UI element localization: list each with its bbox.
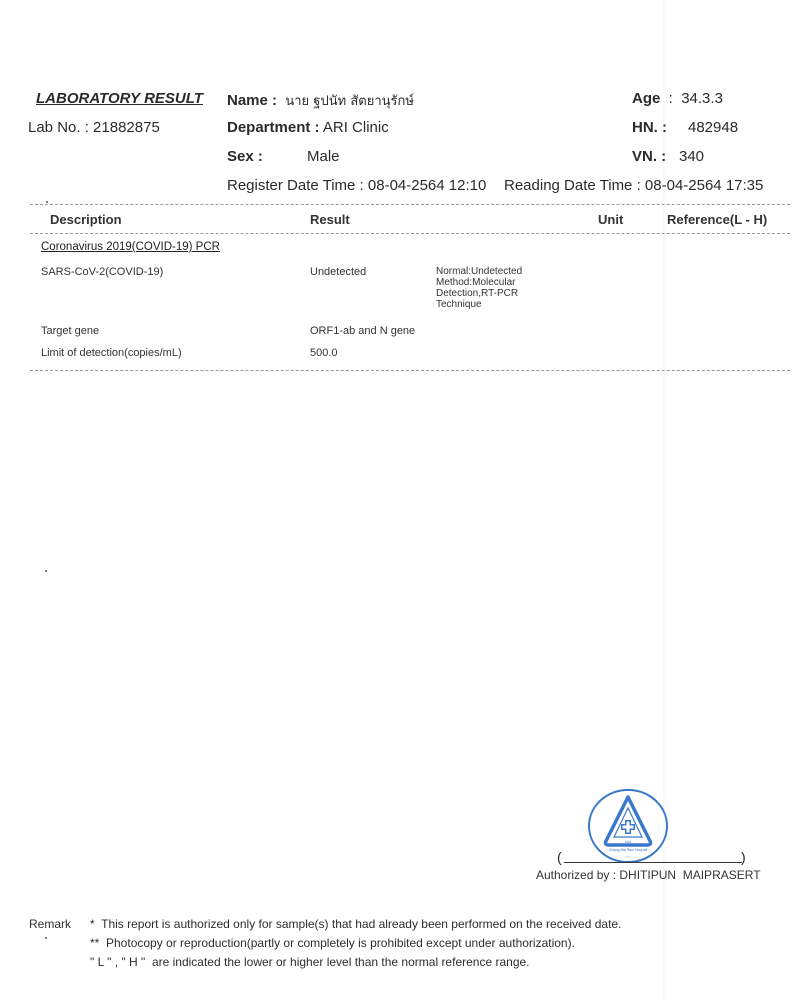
- row-description: Limit of detection(copies/mL): [41, 347, 182, 359]
- divider-top: [30, 204, 790, 205]
- remark-label: Remark: [29, 917, 71, 931]
- vn-value: 340: [679, 148, 704, 165]
- vn-label: VN. :: [632, 148, 666, 165]
- scan-speck: [46, 201, 48, 203]
- sex: Sex :: [227, 148, 263, 165]
- row-result: ORF1-ab and N gene: [310, 325, 415, 337]
- row-method-note: Normal:Undetected Method:Molecular Detec…: [436, 266, 566, 310]
- register-label: Register Date Time :: [227, 177, 364, 194]
- department-label: Department :: [227, 119, 320, 136]
- report-title: LABORATORY RESULT: [36, 90, 203, 107]
- row-description: Target gene: [41, 325, 99, 337]
- age-value: 34.3.3: [681, 90, 723, 107]
- column-header-result: Result: [310, 212, 350, 227]
- svg-text:1936: 1936: [625, 840, 632, 844]
- reading-label: Reading Date Time :: [504, 177, 641, 194]
- authorized-name: DHITIPUN MAIPRASERT: [619, 868, 760, 882]
- lab-number-value: 21882875: [93, 119, 160, 136]
- hn-value: 482948: [688, 119, 738, 136]
- lab-number: Lab No. : 21882875: [28, 119, 160, 136]
- divider-header: [30, 233, 790, 234]
- signature-close-paren: ): [741, 849, 746, 865]
- patient-name: Name : นาย ฐปนัท สัตยานุรักษ์: [227, 90, 414, 111]
- row-result: Undetected: [310, 266, 366, 278]
- register-datetime: Register Date Time : 08-04-2564 12:10: [227, 177, 486, 194]
- vn: VN. :: [632, 148, 666, 165]
- age: Age : 34.3.3: [632, 90, 723, 107]
- divider-bottom: [30, 370, 790, 371]
- signature-line: [564, 862, 742, 863]
- age-label: Age: [632, 90, 660, 107]
- department-value: ARI Clinic: [323, 119, 389, 136]
- remark-line-1: * This report is authorized only for sam…: [90, 917, 621, 931]
- column-header-reference: Reference(L - H): [667, 212, 767, 227]
- department: Department : ARI Clinic: [227, 119, 389, 136]
- hospital-seal-icon: 1936 Chiang Mai Ram Hospital ~~~: [586, 787, 670, 865]
- svg-text:~~~: ~~~: [625, 854, 631, 858]
- signature-open-paren: (: [557, 849, 562, 865]
- hn-label: HN. :: [632, 119, 667, 136]
- column-header-description: Description: [50, 212, 122, 227]
- authorized-label: Authorized by :: [536, 868, 616, 882]
- scan-speck: [45, 937, 47, 939]
- svg-text:Chiang Mai Ram Hospital: Chiang Mai Ram Hospital: [609, 848, 648, 852]
- lab-number-label: Lab No. :: [28, 119, 89, 136]
- column-header-unit: Unit: [598, 212, 623, 227]
- authorized-by: Authorized by : DHITIPUN MAIPRASERT: [536, 868, 761, 882]
- register-value: 08-04-2564 12:10: [368, 177, 486, 194]
- remark-line-2: ** Photocopy or reproduction(partly or c…: [90, 936, 575, 950]
- hn: HN. :: [632, 119, 667, 136]
- sex-value: Male: [307, 148, 340, 165]
- name-value: นาย ฐปนัท สัตยานุรักษ์: [285, 94, 414, 109]
- row-result: 500.0: [310, 347, 338, 359]
- reading-datetime: Reading Date Time : 08-04-2564 17:35: [504, 177, 763, 194]
- row-description: SARS-CoV-2(COVID-19): [41, 266, 163, 278]
- scan-speck: [45, 570, 47, 572]
- name-label: Name :: [227, 92, 277, 109]
- sex-label: Sex :: [227, 148, 263, 165]
- reading-value: 08-04-2564 17:35: [645, 177, 763, 194]
- section-title: Coronavirus 2019(COVID-19) PCR: [41, 241, 220, 253]
- remark-line-3: " L " , " H " are indicated the lower or…: [90, 955, 530, 969]
